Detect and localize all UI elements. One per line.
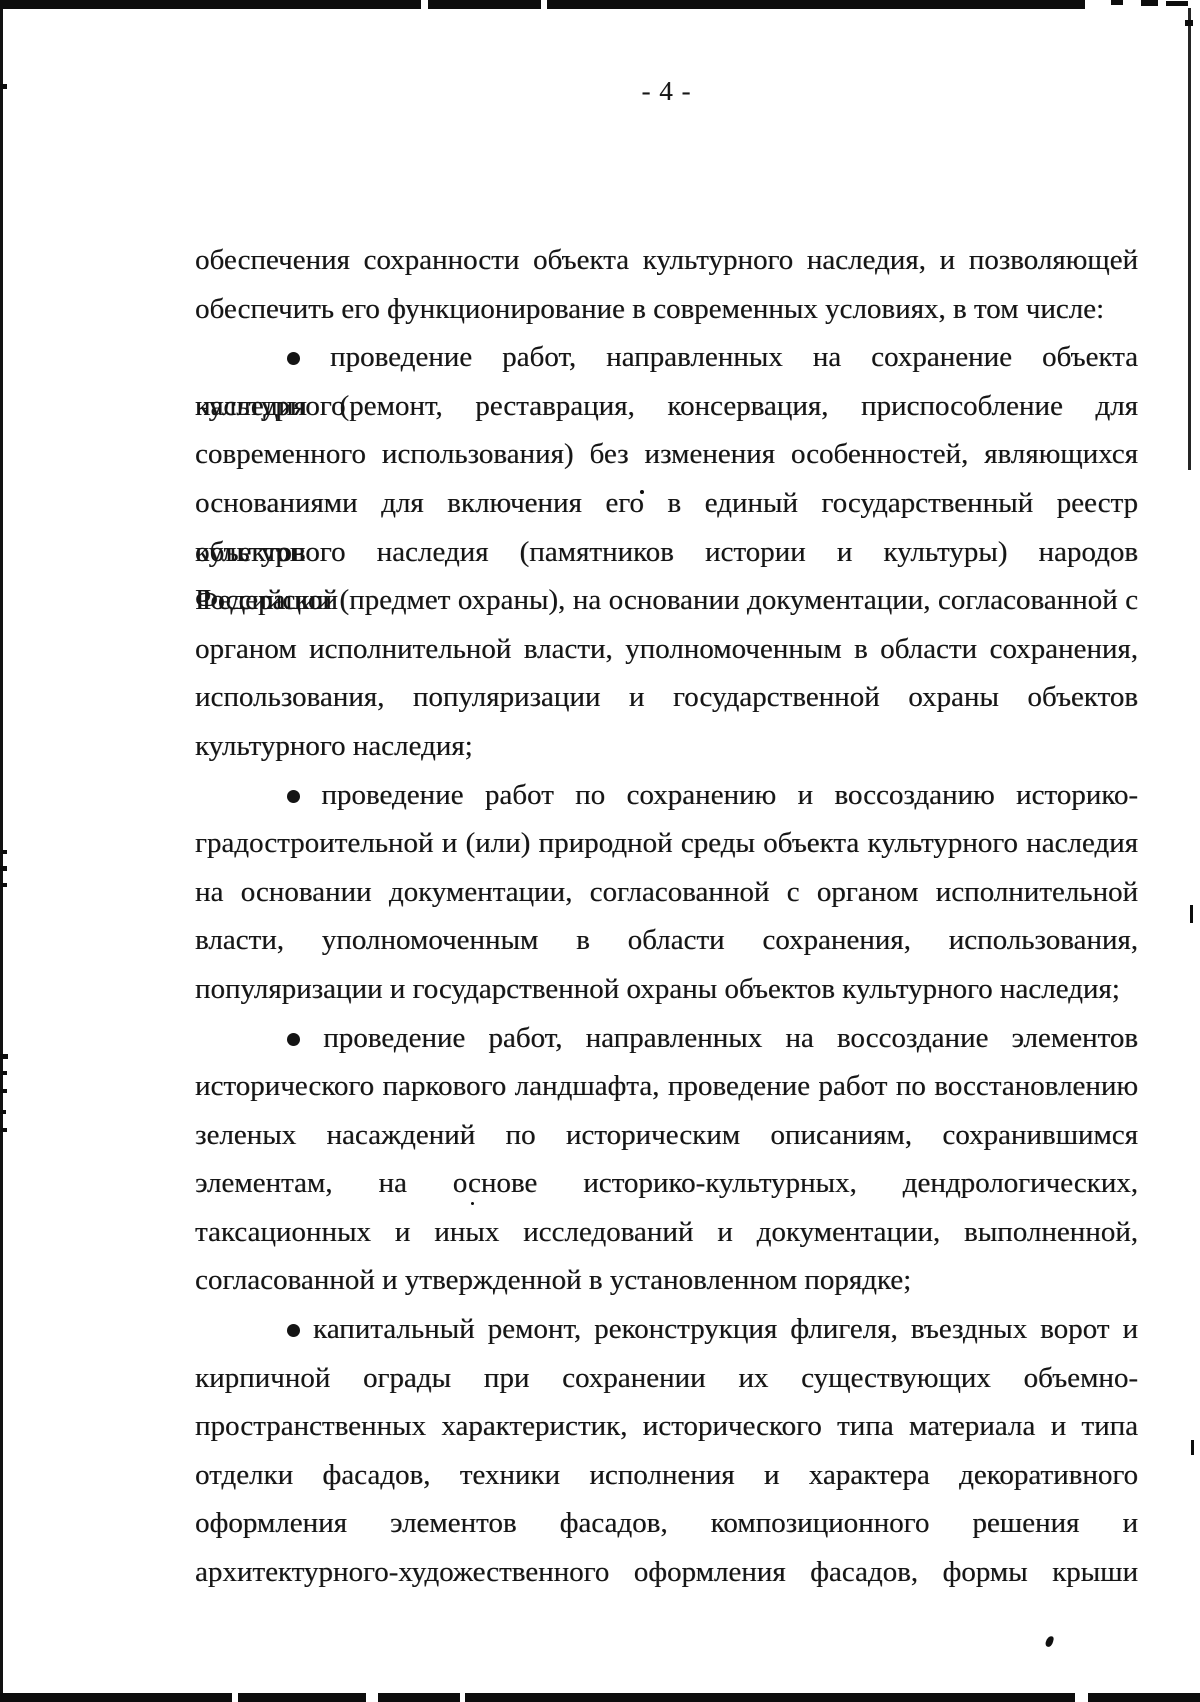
text-line: использования, популяризации и государст… xyxy=(195,673,1138,722)
text-line-content: использования, популяризации и государст… xyxy=(195,681,1138,713)
text-line-content: обеспечить его функционирование в соврем… xyxy=(195,293,1104,325)
scan-mark xyxy=(1,850,7,854)
text-line-content: капитальный ремонт, реконструкция флигел… xyxy=(313,1313,1138,1345)
text-line-content: отделки фасадов, техники исполнения и ха… xyxy=(195,1459,1138,1491)
scan-mark xyxy=(1166,1,1188,6)
text-line-content: на основании документации, согласованной… xyxy=(195,876,1138,908)
text-line: отделки фасадов, техники исполнения и ха… xyxy=(195,1451,1138,1500)
text-line: архитектурного-художественного оформлени… xyxy=(195,1548,1138,1597)
page-number: - 4 - xyxy=(195,76,1138,107)
text-line-content: обеспечения сохранности объекта культурн… xyxy=(195,244,1138,276)
scan-mark xyxy=(0,84,7,89)
scan-mark xyxy=(0,1089,7,1093)
text-line: согласованной и утвержденной в установле… xyxy=(195,1256,1138,1305)
text-line: таксационных и иных исследований и докум… xyxy=(195,1208,1138,1257)
text-line-content: таксационных и иных исследований и докум… xyxy=(195,1216,1138,1248)
text-line-content: наследия (ремонт, реставрация, консервац… xyxy=(195,390,1138,422)
scan-edge-right xyxy=(1188,8,1191,470)
scan-mark xyxy=(1141,0,1158,6)
text-line: градостроительной и (или) природной сред… xyxy=(195,819,1138,868)
scan-mark xyxy=(1111,0,1123,5)
text-line: проведение работ, направленных на сохран… xyxy=(195,333,1138,382)
text-line-content: популяризации и государственной охраны о… xyxy=(195,973,1120,1005)
scan-mark xyxy=(0,866,7,871)
scan-edge-gap xyxy=(232,1693,238,1702)
text-line-content: культурного наследия; xyxy=(195,730,473,762)
text-line: наследия (ремонт, реставрация, консервац… xyxy=(195,382,1138,431)
text-line-content: современного использования) без изменени… xyxy=(195,438,1138,470)
scan-mark xyxy=(0,1054,8,1059)
bullet-icon xyxy=(287,1324,300,1337)
text-line: кирпичной ограды при сохранении их сущес… xyxy=(195,1354,1138,1403)
scan-edge-gap xyxy=(366,1693,378,1702)
bullet-icon xyxy=(287,790,300,803)
scan-mark xyxy=(1,1128,7,1132)
text-line-content: градостроительной и (или) природной сред… xyxy=(195,827,1138,859)
text-line: власти, уполномоченным в области сохране… xyxy=(195,916,1138,965)
text-line: проведение работ по сохранению и воссозд… xyxy=(195,771,1138,820)
bullet-icon xyxy=(287,352,300,365)
text-line: обеспечить его функционирование в соврем… xyxy=(195,285,1138,334)
text-line-content: кирпичной ограды при сохранении их сущес… xyxy=(195,1362,1138,1394)
text-line-content: проведение работ по сохранению и воссозд… xyxy=(321,779,1138,811)
text-line: Федерации (предмет охраны), на основании… xyxy=(195,576,1138,625)
text-line-content: зеленых насаждений по историческим описа… xyxy=(195,1119,1138,1151)
scan-mark xyxy=(1190,905,1193,923)
scan-mark xyxy=(0,1110,6,1114)
text-line-content: архитектурного-художественного оформлени… xyxy=(195,1556,1138,1588)
text-line: современного использования) без изменени… xyxy=(195,430,1138,479)
text-line: органом исполнительной власти, уполномоч… xyxy=(195,625,1138,674)
text-line-content: Федерации (предмет охраны), на основании… xyxy=(195,584,1138,616)
text-line: пространственных характеристик, историче… xyxy=(195,1402,1138,1451)
text-line: популяризации и государственной охраны о… xyxy=(195,965,1138,1014)
text-line: элементам, на основе историко-культурных… xyxy=(195,1159,1138,1208)
text-line: оформления элементов фасадов, композицио… xyxy=(195,1499,1138,1548)
text-line: зеленых насаждений по историческим описа… xyxy=(195,1111,1138,1160)
scan-edge-gap xyxy=(460,1693,465,1702)
text-line-content: проведение работ, направленных на воссоз… xyxy=(323,1022,1138,1054)
text-block: обеспечения сохранности объекта культурн… xyxy=(195,236,1138,1597)
text-line: исторического паркового ландшафта, прове… xyxy=(195,1062,1138,1111)
text-line: капитальный ремонт, реконструкция флигел… xyxy=(195,1305,1138,1354)
text-line-content: исторического паркового ландшафта, прове… xyxy=(195,1070,1138,1102)
scan-edge-bottom xyxy=(0,1693,1200,1702)
scan-edge-gap xyxy=(541,0,547,9)
text-line-content: пространственных характеристик, историче… xyxy=(195,1410,1138,1442)
text-line-content: согласованной и утвержденной в установле… xyxy=(195,1264,911,1296)
toner-speck xyxy=(1045,1635,1054,1647)
text-line: основаниями для включения его в единый г… xyxy=(195,479,1138,528)
text-line-content: власти, уполномоченным в области сохране… xyxy=(195,924,1138,956)
scan-mark xyxy=(1191,1440,1194,1455)
bullet-icon xyxy=(287,1033,300,1046)
text-line-content: оформления элементов фасадов, композицио… xyxy=(195,1507,1138,1539)
text-line-content: элементам, на основе историко-культурных… xyxy=(195,1167,1138,1199)
text-line: обеспечения сохранности объекта культурн… xyxy=(195,236,1138,285)
text-line: культурного наследия; xyxy=(195,722,1138,771)
scan-edge-gap xyxy=(421,0,428,9)
text-line: на основании документации, согласованной… xyxy=(195,868,1138,917)
text-line: культурного наследия (памятников истории… xyxy=(195,528,1138,577)
text-line: проведение работ, направленных на воссоз… xyxy=(195,1014,1138,1063)
text-line-content: органом исполнительной власти, уполномоч… xyxy=(195,633,1138,665)
scan-mark xyxy=(1,883,7,887)
scan-edge-gap xyxy=(1075,1693,1088,1702)
scan-mark xyxy=(1,1071,7,1075)
scanned-document-page: - 4 - обеспечения сохранности объекта ку… xyxy=(0,0,1200,1702)
